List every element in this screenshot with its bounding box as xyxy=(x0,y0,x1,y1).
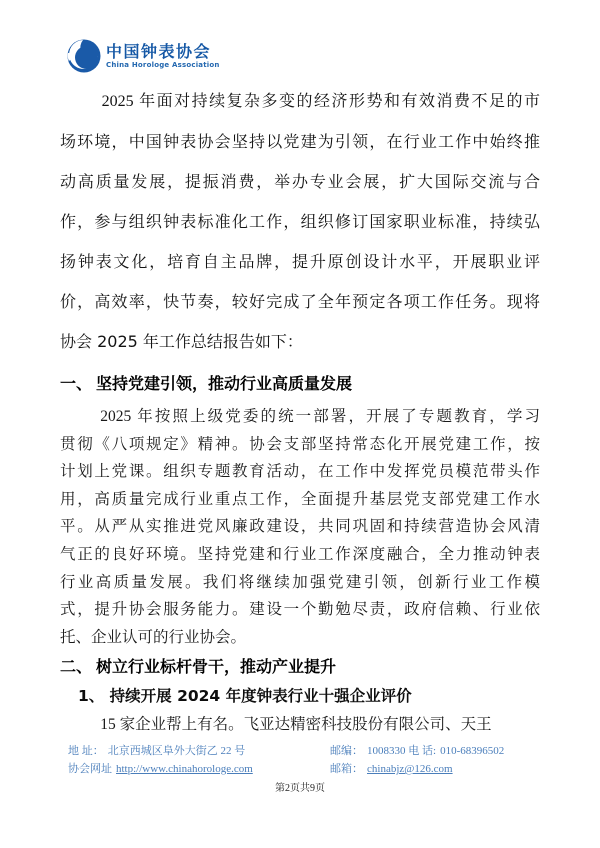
paragraph-line: 式，提升协会服务能力。建设一个勤勉尽责，政府信赖、行业依 xyxy=(60,596,540,624)
website-link[interactable]: http://www.chinahorologe.com xyxy=(116,763,253,775)
paragraph-line: 2025 年按照上级党委的统一部署，开展了专题教育，学习 xyxy=(60,403,540,431)
paragraph-line: 15 家企业帮上有名。飞亚达精密科技股份有限公司、天王 xyxy=(60,711,540,738)
footer-email: 邮箱：chinabjz@126.com xyxy=(330,760,453,776)
footer-website: 协会网址http://www.chinahorologe.com xyxy=(68,760,253,776)
logo-text: 中国钟表协会 China Horologe Association xyxy=(106,43,220,70)
website-label: 协会网址 xyxy=(68,763,112,775)
footer-postcode-phone: 邮编：1008330 电 话:010-68396502 xyxy=(330,742,504,758)
paragraph-line: 作，参与组织钟表标准化工作，组织修订国家职业标准，持续弘 xyxy=(60,202,540,242)
paragraph-line: 平。从严从实推进党风廉政建设，共同巩固和持续营造协会风清 xyxy=(60,513,540,541)
paragraph-line: 贯彻《八项规定》精神。协会支部坚持常态化开展党建工作，按 xyxy=(60,431,540,459)
section-1-paragraph: 2025 年按照上级党委的统一部署，开展了专题教育，学习 贯彻《八项规定》精神。… xyxy=(60,403,540,651)
section-2-paragraph: 15 家企业帮上有名。飞亚达精密科技股份有限公司、天王 xyxy=(60,711,540,738)
document-body: 2025 年面对持续复杂多变的经济形势和有效消费不足的市 场环境，中国钟表协会坚… xyxy=(60,82,540,738)
footer-row-1: 地 址：北京西城区阜外大街乙 22 号 邮编：1008330 电 话:010-6… xyxy=(0,742,600,760)
paragraph-line: 用，高质量完成行业重点工作，全面提升基层党支部党建工作水 xyxy=(60,486,540,514)
footer-row-2: 协会网址http://www.chinahorologe.com 邮箱：chin… xyxy=(0,760,600,778)
subsection-heading-1: 1、 持续开展 2024 年度钟表行业十强企业评价 xyxy=(60,684,540,708)
logo-title-en: China Horologe Association xyxy=(106,61,220,70)
address-label: 地 址： xyxy=(68,745,104,757)
paragraph-line: 协会 2025 年工作总结报告如下： xyxy=(60,322,540,362)
page-footer: 地 址：北京西城区阜外大街乙 22 号 邮编：1008330 电 话:010-6… xyxy=(0,742,600,778)
postcode-label: 邮编： xyxy=(330,745,363,757)
email-label: 邮箱： xyxy=(330,763,363,775)
paragraph-line: 价，高效率，快节奏，较好完成了全年预定各项工作任务。现将 xyxy=(60,282,540,322)
address-value: 北京西城区阜外大街乙 22 号 xyxy=(108,745,246,757)
intro-paragraph: 2025 年面对持续复杂多变的经济形势和有效消费不足的市 场环境，中国钟表协会坚… xyxy=(60,82,540,362)
paragraph-line: 场环境，中国钟表协会坚持以党建为引领，在行业工作中始终推 xyxy=(60,122,540,162)
section-heading-2: 二、 树立行业标杆骨干，推动产业提升 xyxy=(60,656,540,680)
document-page: 中国钟表协会 China Horologe Association 2025 年… xyxy=(0,0,600,848)
paragraph-line: 扬钟表文化，培育自主品牌，提升原创设计水平，开展职业评 xyxy=(60,242,540,282)
phone-label: 电 话: xyxy=(408,745,436,757)
logo-globe-icon xyxy=(66,36,102,76)
email-link[interactable]: chinabjz@126.com xyxy=(367,763,453,775)
paragraph-line: 2025 年面对持续复杂多变的经济形势和有效消费不足的市 xyxy=(60,82,540,122)
paragraph-line: 托、企业认可的行业协会。 xyxy=(60,624,540,652)
paragraph-line: 动高质量发展，提振消费，举办专业会展，扩大国际交流与合 xyxy=(60,162,540,202)
section-heading-1: 一、 坚持党建引领，推动行业高质量发展 xyxy=(60,373,540,397)
phone-value: 010-68396502 xyxy=(440,745,504,757)
paragraph-line: 气正的良好环境。坚持党建和行业工作深度融合，全力推动钟表 xyxy=(60,541,540,569)
footer-address: 地 址：北京西城区阜外大街乙 22 号 xyxy=(68,742,245,758)
postcode-value: 1008330 xyxy=(367,745,406,757)
logo-title-cn: 中国钟表协会 xyxy=(106,43,220,61)
paragraph-line: 行业高质量发展。我们将继续加强党建引领，创新行业工作模 xyxy=(60,569,540,597)
association-logo: 中国钟表协会 China Horologe Association xyxy=(66,36,220,76)
paragraph-line: 计划上党课。组织专题教育活动，在工作中发挥党员模范带头作 xyxy=(60,458,540,486)
page-number: 第2页共9页 xyxy=(0,779,600,794)
